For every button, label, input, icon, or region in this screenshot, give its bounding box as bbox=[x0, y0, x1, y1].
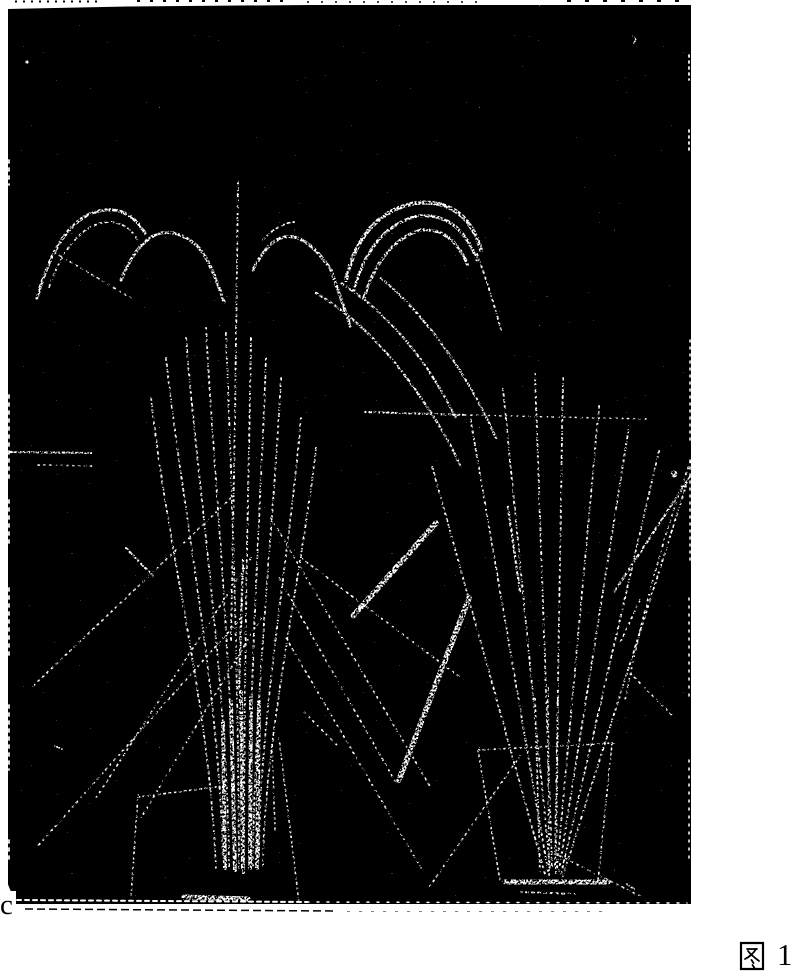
figure-caption: 1 图 1 bbox=[738, 939, 793, 978]
figure-glyph-tu bbox=[738, 939, 766, 978]
page-root: c 1 图 1 bbox=[0, 0, 800, 980]
photo-corner-label: c bbox=[0, 891, 16, 922]
patent-photo bbox=[7, 0, 691, 912]
figure-number: 1 bbox=[777, 939, 793, 970]
photo-noise bbox=[8, 5, 691, 904]
